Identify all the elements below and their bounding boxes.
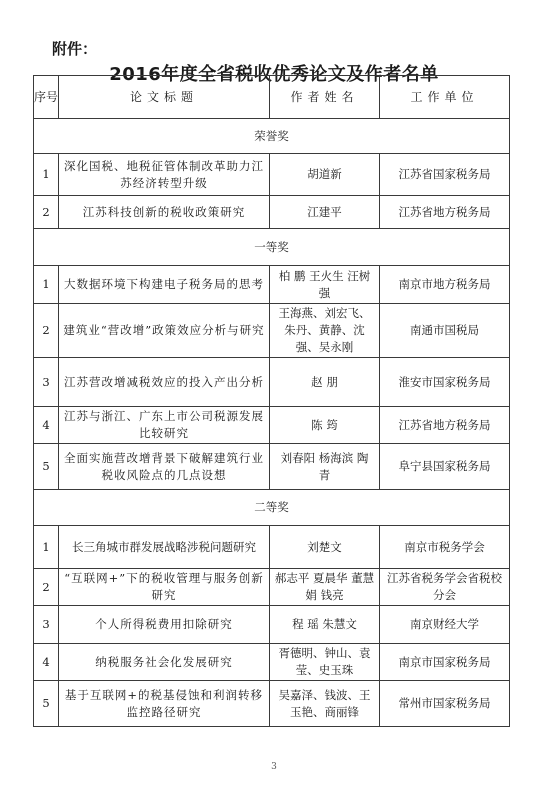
table-row: 3 江苏营改增减税效应的投入产出分析 赵 朋 淮安市国家税务局 [34, 358, 510, 407]
cell-seq: 5 [34, 681, 59, 727]
header-seq: 序号 [34, 76, 59, 119]
cell-unit: 淮安市国家税务局 [380, 358, 510, 407]
table-row: 1 长三角城市群发展战略涉税问题研究 刘楚文 南京市税务学会 [34, 526, 510, 569]
cell-seq: 3 [34, 358, 59, 407]
cell-unit: 南京市国家税务局 [380, 644, 510, 681]
cell-title: 全面实施营改增背景下破解建筑行业税收风险点的几点设想 [59, 444, 270, 490]
cell-unit: 南京市地方税务局 [380, 266, 510, 304]
cell-unit: 江苏省国家税务局 [380, 154, 510, 196]
page-number: 3 [0, 762, 548, 772]
cell-author: 陈 筠 [270, 407, 380, 444]
cell-unit: 江苏省税务学会省税校分会 [380, 569, 510, 606]
table-row: 4 纳税服务社会化发展研究 胥德明、钟山、袁莹、史玉珠 南京市国家税务局 [34, 644, 510, 681]
section-row: 二等奖 [34, 490, 510, 526]
cell-author: 王海燕、刘宏飞、朱丹、黄静、沈强、吴永刚 [270, 304, 380, 358]
cell-unit: 阜宁县国家税务局 [380, 444, 510, 490]
table-row: 2 江苏科技创新的税收政策研究 江建平 江苏省地方税务局 [34, 196, 510, 229]
table-row: 3 个人所得税费用扣除研究 程 瑶 朱慧文 南京财经大学 [34, 606, 510, 644]
cell-title: 基于互联网+的税基侵蚀和利润转移监控路径研究 [59, 681, 270, 727]
cell-seq: 1 [34, 266, 59, 304]
section-row: 荣誉奖 [34, 119, 510, 154]
table-row: 2 “互联网+”下的税收管理与服务创新研究 郝志平 夏晨华 董慧娟 钱亮 江苏省… [34, 569, 510, 606]
table-row: 4 江苏与浙江、广东上市公司税源发展比较研究 陈 筠 江苏省地方税务局 [34, 407, 510, 444]
cell-seq: 4 [34, 644, 59, 681]
cell-author: 胡道新 [270, 154, 380, 196]
header-title: 论文标题 [59, 76, 270, 119]
award-table: 序号 论文标题 作者姓名 工作单位 荣誉奖 1 深化国税、地税征管体制改革助力江… [33, 75, 510, 727]
cell-title: 江苏科技创新的税收政策研究 [59, 196, 270, 229]
cell-title: 江苏营改增减税效应的投入产出分析 [59, 358, 270, 407]
cell-author: 柏 鹏 王火生 汪树强 [270, 266, 380, 304]
cell-title: 大数据环境下构建电子税务局的思考 [59, 266, 270, 304]
header-author: 作者姓名 [270, 76, 380, 119]
cell-title: 江苏与浙江、广东上市公司税源发展比较研究 [59, 407, 270, 444]
cell-author: 吴嘉泽、钱波、王玉艳、商丽锋 [270, 681, 380, 727]
cell-unit: 南通市国税局 [380, 304, 510, 358]
cell-unit: 江苏省地方税务局 [380, 407, 510, 444]
cell-seq: 4 [34, 407, 59, 444]
table-row: 5 全面实施营改增背景下破解建筑行业税收风险点的几点设想 刘春阳 杨海滨 陶 青… [34, 444, 510, 490]
header-row: 序号 论文标题 作者姓名 工作单位 [34, 76, 510, 119]
cell-unit: 江苏省地方税务局 [380, 196, 510, 229]
cell-title: “互联网+”下的税收管理与服务创新研究 [59, 569, 270, 606]
cell-seq: 3 [34, 606, 59, 644]
cell-seq: 2 [34, 196, 59, 229]
table-row: 5 基于互联网+的税基侵蚀和利润转移监控路径研究 吴嘉泽、钱波、王玉艳、商丽锋 … [34, 681, 510, 727]
cell-seq: 2 [34, 304, 59, 358]
table-row: 1 大数据环境下构建电子税务局的思考 柏 鹏 王火生 汪树强 南京市地方税务局 [34, 266, 510, 304]
cell-author: 刘春阳 杨海滨 陶 青 [270, 444, 380, 490]
cell-author: 江建平 [270, 196, 380, 229]
cell-author: 赵 朋 [270, 358, 380, 407]
section-title: 二等奖 [34, 490, 510, 526]
cell-author: 胥德明、钟山、袁莹、史玉珠 [270, 644, 380, 681]
cell-unit: 常州市国家税务局 [380, 681, 510, 727]
cell-seq: 5 [34, 444, 59, 490]
section-row: 一等奖 [34, 229, 510, 266]
cell-author: 程 瑶 朱慧文 [270, 606, 380, 644]
section-title: 一等奖 [34, 229, 510, 266]
cell-unit: 南京财经大学 [380, 606, 510, 644]
section-title: 荣誉奖 [34, 119, 510, 154]
attachment-label: 附件： [52, 38, 97, 59]
cell-unit: 南京市税务学会 [380, 526, 510, 569]
cell-seq: 2 [34, 569, 59, 606]
cell-seq: 1 [34, 526, 59, 569]
cell-author: 刘楚文 [270, 526, 380, 569]
cell-title: 长三角城市群发展战略涉税问题研究 [59, 526, 270, 569]
table-row: 1 深化国税、地税征管体制改革助力江苏经济转型升级 胡道新 江苏省国家税务局 [34, 154, 510, 196]
cell-seq: 1 [34, 154, 59, 196]
cell-title: 个人所得税费用扣除研究 [59, 606, 270, 644]
header-unit: 工作单位 [380, 76, 510, 119]
cell-title: 建筑业“营改增”政策效应分析与研究 [59, 304, 270, 358]
table-row: 2 建筑业“营改增”政策效应分析与研究 王海燕、刘宏飞、朱丹、黄静、沈强、吴永刚… [34, 304, 510, 358]
cell-title: 纳税服务社会化发展研究 [59, 644, 270, 681]
cell-title: 深化国税、地税征管体制改革助力江苏经济转型升级 [59, 154, 270, 196]
cell-author: 郝志平 夏晨华 董慧娟 钱亮 [270, 569, 380, 606]
